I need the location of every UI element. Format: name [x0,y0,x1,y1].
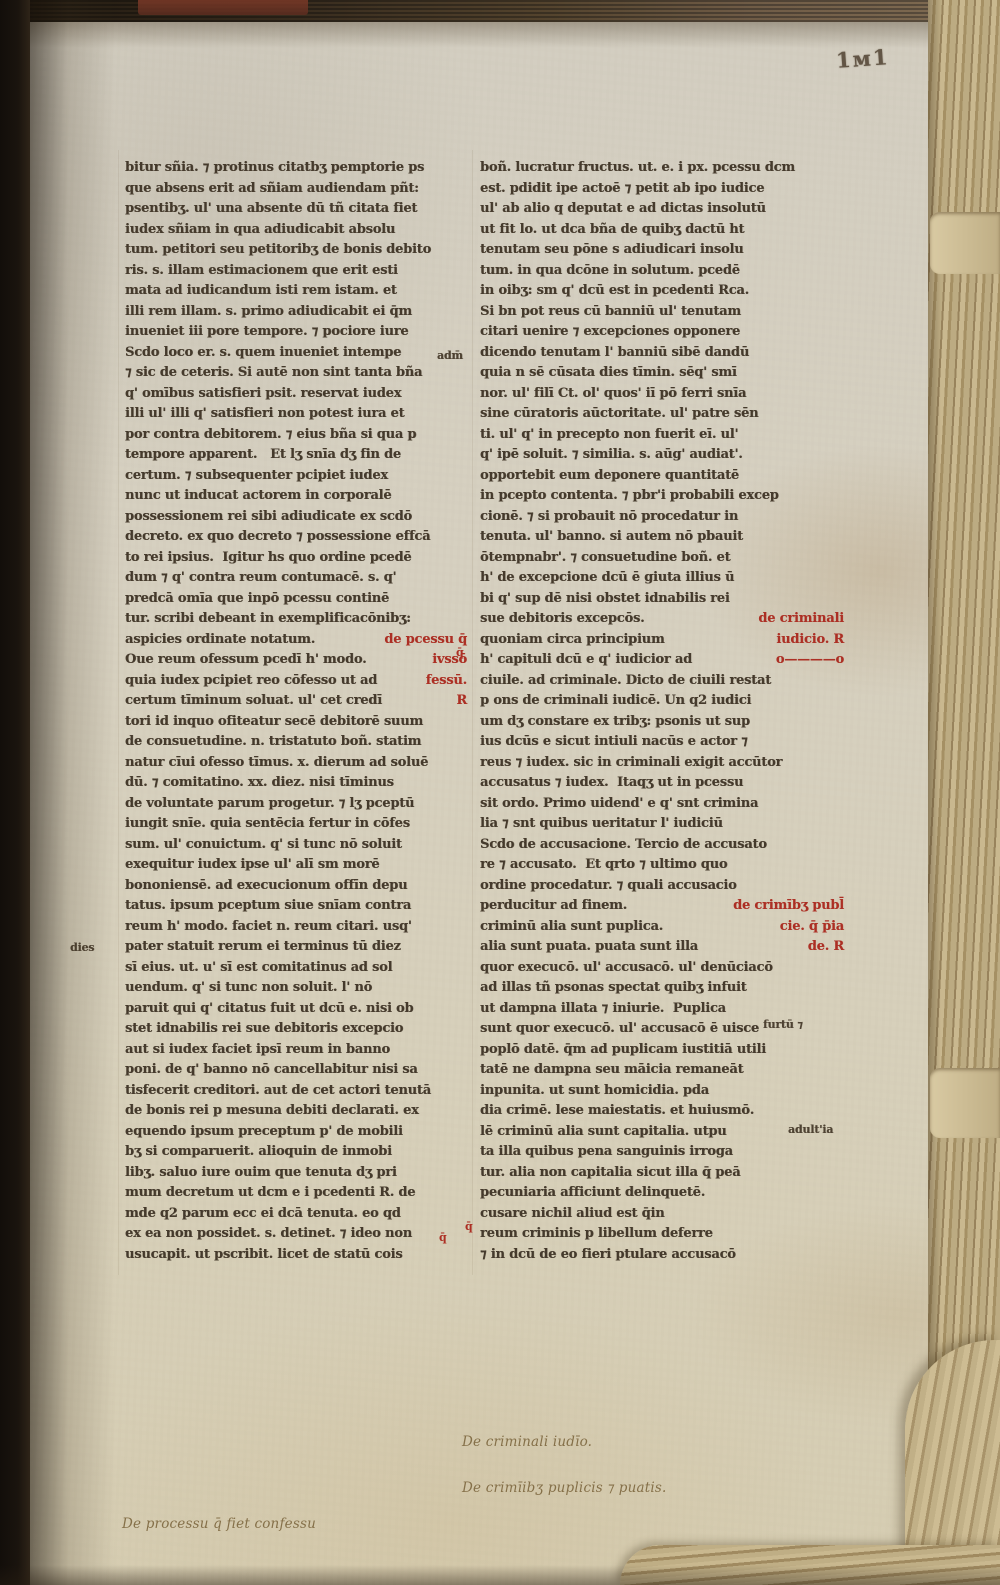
body-text: quor execucō. ul' accusacō. ul' denūciac… [480,958,773,979]
text-line: bʒ si comparuerit. alioquin de inmobi [125,1142,467,1163]
body-text: ⁊ sic de ceteris. Si autē non sint tanta… [125,363,422,384]
binding-gutter [0,0,30,1585]
body-text: tenuta. ul' banno. si autem nō pbauit [480,527,743,548]
body-text: h' capituli dcū e q' iudicior ad [480,650,696,671]
body-text: citari uenire ⁊ excepciones opponere [480,322,740,343]
text-line: certum. ⁊ subsequenter pcipiet iudex [125,466,467,487]
body-text: sine cūratoris aūctoritate. ul' patre sē… [480,404,758,425]
text-line: sum. ul' conuictum. q' si tunc nō soluit [125,835,467,856]
text-line: de voluntate parum progetur. ⁊ lʒ pceptū [125,794,467,815]
text-line: quoniam circa principium iudicio. R [480,630,844,651]
body-text: cusare nichil aliud est q̄in [480,1204,664,1225]
body-text: de consuetudine. n. tristatuto boñ. stat… [125,732,421,753]
text-line: ut dampna illata ⁊ iniurie. Puplica [480,999,844,1020]
body-text: dia crimē. lese maiestatis. et huiusmō. [480,1101,754,1122]
rubric-text: de. R [808,937,844,958]
body-text: decreto. ex quo decreto ⁊ possessione ef… [125,527,430,548]
text-line: reum criminis p libellum deferre [480,1224,844,1245]
body-text: pecuniaria afficiunt delinquetē. [480,1183,705,1204]
text-line: certum tīminum soluat. ul' cet credī R [125,691,467,712]
body-text: bʒ si comparuerit. alioquin de inmobi [125,1142,392,1163]
text-line: nunc ut inducat actorem in corporalē [125,486,467,507]
body-text: alia sunt puata. puata sunt illa [480,937,702,958]
body-text: reus ⁊ iudex. sic in criminali exigit ac… [480,753,782,774]
text-line: que absens erit ad sñiam audiendam pñt: [125,179,467,200]
body-text: illi rem illam. s. primo adiudicabit ei … [125,302,412,323]
text-line: iungit snīe. quia sentēcia fertur in cōf… [125,814,467,835]
bottom-annotation: De crimīibʒ puplicis ⁊ puatis. [462,1480,667,1496]
text-line: de bonis rei p mesuna debiti declarati. … [125,1101,467,1122]
body-text: ius dcūs e sicut intiuli nacūs e actor ⁊ [480,732,748,753]
body-text: p ons de criminali iudicē. Un q2 iudici [480,691,751,712]
text-line: ta illa quibus pena sanguinis irroga [480,1142,844,1163]
body-text: exequitur iudex ipse ul' alī sm morē [125,855,379,876]
paragraph-mark: q̄ [456,646,464,659]
text-line: cionē. ⁊ si probauit nō procedatur in [480,507,844,528]
body-text: inpunita. ut sunt homicidia. pda [480,1081,709,1102]
text-line: ris. s. illam estimacionem que erit esti [125,261,467,282]
text-line: tenuta. ul' banno. si autem nō pbauit [480,527,844,548]
body-text: mata ad iudicandum isti rem istam. et [125,281,397,302]
body-text: criminū alia sunt puplica. [480,917,667,938]
body-text: pater statuit rerum ei terminus tū diez [125,937,401,958]
body-text: quoniam circa principium [480,630,669,651]
body-text: equendo ipsum preceptum p' de mobili [125,1122,403,1143]
rubric-text: de criminali [758,609,844,630]
text-line: to rei ipsius. Igitur hs quo ordine pced… [125,548,467,569]
body-text: stet idnabilis rei sue debitoris excepci… [125,1019,403,1040]
text-line: tori id inquo ofiteatur secē debitorē su… [125,712,467,733]
body-text: certum tīminum soluat. ul' cet credī [125,691,386,712]
binding-top-label [138,0,308,15]
bottom-annotation: De criminali iudīo. [462,1434,592,1450]
text-line: tur. alia non capitalia sicut illa q̄ pe… [480,1163,844,1184]
text-line: quor execucō. ul' accusacō. ul' denūciac… [480,958,844,979]
text-line: dum ⁊ q' contra reum contumacē. s. q' [125,568,467,589]
text-line: libʒ. saluo iure ouim que tenuta dʒ pri [125,1163,467,1184]
body-text: certum. ⁊ subsequenter pcipiet iudex [125,466,388,487]
text-line: tum. petitori seu petitoribʒ de bonis de… [125,240,467,261]
text-line: ⁊ sic de ceteris. Si autē non sint tanta… [125,363,467,384]
bottom-shadow [0,1565,1000,1585]
text-line: iudex sñiam in qua adiudicabit absolu [125,220,467,241]
margin-note: adm̄ [437,349,463,362]
body-text: Scdo de accusacione. Tercio de accusato [480,835,767,856]
body-text: cionē. ⁊ si probauit nō procedatur in [480,507,738,528]
text-line: predcā omīa que inpō pcessu continē [125,589,467,610]
text-line: est. pdidit ipe actoē ⁊ petit ab ipo iud… [480,179,844,200]
text-line: alia sunt puata. puata sunt illa de. R [480,937,844,958]
body-text: to rei ipsius. Igitur hs quo ordine pced… [125,548,411,569]
text-line: h' de excepcione dcū ē giuta illius ū [480,568,844,589]
text-line: quia n sē cūsata dies tīmin. sēq' smī [480,363,844,384]
text-line: nor. ul' filī Ct. ol' quos' iī pō ferri … [480,384,844,405]
text-line: q' ipē soluit. ⁊ similia. s. aūg' audiat… [480,445,844,466]
body-text: ut fit lo. ut dca bña de quibʒ dactū ht [480,220,744,241]
body-text: libʒ. saluo iure ouim que tenuta dʒ pri [125,1163,397,1184]
body-text: tori id inquo ofiteatur secē debitorē su… [125,712,423,733]
body-text: Scdo loco er. s. quem inueniet intempe [125,343,401,364]
text-line: reus ⁊ iudex. sic in criminali exigit ac… [480,753,844,774]
body-text: mum decretum ut dcm e i pcedenti R. de [125,1183,415,1204]
text-line: Scdo de accusacione. Tercio de accusato [480,835,844,856]
body-text: de voluntate parum progetur. ⁊ lʒ pceptū [125,794,414,815]
text-line: ordine procedatur. ⁊ quali accusacio [480,876,844,897]
body-text: Si bn pot reus cū banniū ul' tenutam [480,302,741,323]
top-shadow [0,22,1000,48]
text-line: exequitur iudex ipse ul' alī sm morē [125,855,467,876]
text-line: tur. scribi debeant in exemplificacōnibʒ… [125,609,467,630]
page-stack-tab-upper [930,212,1000,274]
body-text: predcā omīa que inpō pcessu continē [125,589,389,610]
text-line: accusatus ⁊ iudex. Itaqʒ ut in pcessu [480,773,844,794]
page-stack-tab-lower [930,1068,1000,1138]
text-line: por contra debitorem. ⁊ eius bña si qua … [125,425,467,446]
body-text: tatē ne dampna seu māicia remaneāt [480,1060,743,1081]
text-line: quia iudex pcipiet reo cōfesso ut ad fes… [125,671,467,692]
text-line: paruit qui q' citatus fuit ut dcū e. nis… [125,999,467,1020]
manuscript-page: 1ᴍ1 bitur sñia. ⁊ protinus citatbʒ pempt… [0,0,1000,1585]
body-text: um dʒ constare ex tribʒ: psonis ut sup [480,712,750,733]
text-line: sine cūratoris aūctoritate. ul' patre sē… [480,404,844,425]
body-text: reum criminis p libellum deferre [480,1224,713,1245]
text-line: psentibʒ. ul' una absente dū tñ citata f… [125,199,467,220]
text-line: Si bn pot reus cū banniū ul' tenutam [480,302,844,323]
body-text: possessionem rei sibi adiudicate ex scdō [125,507,412,528]
text-line: ul' ab alio q deputat e ad dictas insolu… [480,199,844,220]
body-text: tum. in qua dcōne in solutum. pcedē [480,261,740,282]
text-line: tatus. ipsum pceptum siue snīam contra [125,896,467,917]
body-text: iudex sñiam in qua adiudicabit absolu [125,220,395,241]
text-line: sit ordo. Primo uidend' e q' snt crimina [480,794,844,815]
body-text: quia n sē cūsata dies tīmin. sēq' smī [480,363,737,384]
text-line: q' omībus satisfieri psit. reservat iude… [125,384,467,405]
margin-note: adult'ia [788,1123,833,1136]
body-text: opportebit eum deponere quantitatē [480,466,739,487]
body-text: tur. alia non capitalia sicut illa q̄ pe… [480,1163,740,1184]
body-text: nor. ul' filī Ct. ol' quos' iī pō ferri … [480,384,746,405]
text-line: p ons de criminali iudicē. Un q2 iudici [480,691,844,712]
body-text: nunc ut inducat actorem in corporalē [125,486,391,507]
body-text: que absens erit ad sñiam audiendam pñt: [125,179,419,200]
body-text: boñ. lucratur fructus. ut. e. i px. pces… [480,158,795,179]
text-line: tisfecerit creditori. aut de cet actori … [125,1081,467,1102]
text-line: natur cīui ofesso tīmus. x. dierum ad so… [125,753,467,774]
body-text: tisfecerit creditori. aut de cet actori … [125,1081,431,1102]
text-line: ad illas tñ psonas spectat quibʒ infuit [480,978,844,999]
text-line: aut si iudex faciet ipsī reum in banno [125,1040,467,1061]
text-line: Scdo loco er. s. quem inueniet intempe [125,343,467,364]
text-line: decreto. ex quo decreto ⁊ possessione ef… [125,527,467,548]
bottom-annotation: De processu q̄ fiet confessu [122,1516,316,1532]
text-line: um dʒ constare ex tribʒ: psonis ut sup [480,712,844,733]
body-text: ta illa quibus pena sanguinis irroga [480,1142,733,1163]
body-text: reum h' modo. faciet n. reum citari. usq… [125,917,412,938]
body-text: dū. ⁊ comitatino. xx. diez. nisi tīminus [125,773,394,794]
text-line: bitur sñia. ⁊ protinus citatbʒ pemptorie… [125,158,467,179]
body-text: por contra debitorem. ⁊ eius bña si qua … [125,425,416,446]
text-line: tempore apparent. Et lʒ snīa dʒ fin de [125,445,467,466]
body-text: illi ul' illi q' satisfieri non potest i… [125,404,404,425]
body-text: in pcepto contenta. ⁊ pbr'i probabili ex… [480,486,779,507]
body-text: bitur sñia. ⁊ protinus citatbʒ pemptorie… [125,158,424,179]
body-text: sue debitoris excepcōs. [480,609,649,630]
text-line: poni. de q' banno nō cancellabitur nisi … [125,1060,467,1081]
text-line: sue debitoris excepcōs. de criminali [480,609,844,630]
body-text: tatus. ipsum pceptum siue snīam contra [125,896,411,917]
body-text: mde q2 parum ecc ei dcā tenuta. eo qd [125,1204,401,1225]
text-line: Oue reum ofessum pcedī h' modo. ivssō [125,650,467,671]
text-line: ōtempnabr'. ⁊ consuetudine boñ. et [480,548,844,569]
body-text: ti. ul' q' in precepto non fuerit eī. ul… [480,425,738,446]
rubric-text: iudicio. R [776,630,844,651]
body-text: tempore apparent. Et lʒ snīa dʒ fin de [125,445,401,466]
text-column-right: boñ. lucratur fructus. ut. e. i px. pces… [480,158,844,1265]
body-text: iungit snīe. quia sentēcia fertur in cōf… [125,814,410,835]
folio-number: 1ᴍ1 [835,44,890,73]
body-text: lē criminū alia sunt capitalia. utpu [480,1122,727,1143]
body-text: usucapit. ut pscribit. licet de statū co… [125,1245,402,1266]
body-text: ad illas tñ psonas spectat quibʒ infuit [480,978,747,999]
text-line: ex ea non possidet. s. detinet. ⁊ ideo n… [125,1224,467,1245]
body-text: in oibʒ: sm q' dcū est in pcedenti Rca. [480,281,749,302]
body-text: sunt quor execucō. ul' accusacō ē uisce [480,1019,759,1040]
text-line: usucapit. ut pscribit. licet de statū co… [125,1245,467,1266]
text-line: citari uenire ⁊ excepciones opponere [480,322,844,343]
body-text: lia ⁊ snt quibus ueritatur l' iudiciū [480,814,723,835]
text-line: possessionem rei sibi adiudicate ex scdō [125,507,467,528]
body-text: bononiensē. ad execucionum offīn depu [125,876,407,897]
text-line: mata ad iudicandum isti rem istam. et [125,281,467,302]
body-text: sum. ul' conuictum. q' si tunc nō soluit [125,835,402,856]
body-text: bi q' sup dē nisi obstet idnabilis rei [480,589,730,610]
text-line: re ⁊ accusato. Et qrto ⁊ ultimo quo [480,855,844,876]
text-line: aspicies ordinate notatum. de pcessu q̄ [125,630,467,651]
body-text: de bonis rei p mesuna debiti declarati. … [125,1101,419,1122]
text-line: in pcepto contenta. ⁊ pbr'i probabili ex… [480,486,844,507]
paragraph-mark: q̄ [439,1231,447,1244]
text-line: cusare nichil aliud est q̄in [480,1204,844,1225]
gutter-shadow [30,0,115,1585]
text-line: h' capituli dcū e q' iudicior ad o————o [480,650,844,671]
text-line: inueniet iii pore tempore. ⁊ pociore iur… [125,322,467,343]
text-line: stet idnabilis rei sue debitoris excepci… [125,1019,467,1040]
text-line: de consuetudine. n. tristatuto boñ. stat… [125,732,467,753]
text-line: opportebit eum deponere quantitatē [480,466,844,487]
body-text: ex ea non possidet. s. detinet. ⁊ ideo n… [125,1224,412,1245]
paragraph-mark: q̄ [465,1220,473,1233]
ruling-line-center [472,150,473,1275]
body-text: quia iudex pcipiet reo cōfesso ut ad [125,671,381,692]
rubric-text: o————o [776,650,844,671]
text-line: poplō datē. q̄m ad puplicam iustitiā uti… [480,1040,844,1061]
body-text: psentibʒ. ul' una absente dū tñ citata f… [125,199,417,220]
text-line: criminū alia sunt puplica. cie. q̄ p̄ia [480,917,844,938]
text-column-left: bitur sñia. ⁊ protinus citatbʒ pemptorie… [125,158,467,1265]
body-text: natur cīui ofesso tīmus. x. dierum ad so… [125,753,428,774]
body-text: Oue reum ofessum pcedī h' modo. [125,650,371,671]
body-text: inueniet iii pore tempore. ⁊ pociore iur… [125,322,408,343]
text-line: equendo ipsum preceptum p' de mobili [125,1122,467,1143]
text-line: ius dcūs e sicut intiuli nacūs e actor ⁊ [480,732,844,753]
body-text: ris. s. illam estimacionem que erit esti [125,261,398,282]
text-line: reum h' modo. faciet n. reum citari. usq… [125,917,467,938]
body-text: q' omībus satisfieri psit. reservat iude… [125,384,401,405]
text-line: tatē ne dampna seu māicia remaneāt [480,1060,844,1081]
text-line: bi q' sup dē nisi obstet idnabilis rei [480,589,844,610]
text-line: dia crimē. lese maiestatis. et huiusmō. [480,1101,844,1122]
body-text: tenutam seu pōne s adiudicari insolu [480,240,743,261]
body-text: est. pdidit ipe actoē ⁊ petit ab ipo iud… [480,179,764,200]
body-text: poni. de q' banno nō cancellabitur nisi … [125,1060,418,1081]
text-line: pater statuit rerum ei terminus tū diez [125,937,467,958]
body-text: poplō datē. q̄m ad puplicam iustitiā uti… [480,1040,766,1061]
text-line: pecuniaria afficiunt delinquetē. [480,1183,844,1204]
text-line: uendum. q' si tunc non soluit. l' nō [125,978,467,999]
rubric-text: cie. q̄ p̄ia [780,917,844,938]
body-text: aut si iudex faciet ipsī reum in banno [125,1040,390,1061]
body-text: uendum. q' si tunc non soluit. l' nō [125,978,372,999]
body-text: h' de excepcione dcū ē giuta illius ū [480,568,734,589]
body-text: tum. petitori seu petitoribʒ de bonis de… [125,240,431,261]
body-text: ⁊ in dcū de eo fieri ptulare accusacō [480,1245,736,1266]
text-line: bononiensē. ad execucionum offīn depu [125,876,467,897]
body-text: paruit qui q' citatus fuit ut dcū e. nis… [125,999,413,1020]
text-line: boñ. lucratur fructus. ut. e. i px. pces… [480,158,844,179]
text-line: dicendo tenutam l' banniū sibē dandū [480,343,844,364]
text-line: ut fit lo. ut dca bña de quibʒ dactū ht [480,220,844,241]
text-line: in oibʒ: sm q' dcū est in pcedenti Rca. [480,281,844,302]
body-text: perducitur ad finem. [480,896,631,917]
text-line: mde q2 parum ecc ei dcā tenuta. eo qd [125,1204,467,1225]
rubric-text: de crimībʒ publ̄ [733,896,844,917]
text-line: tenutam seu pōne s adiudicari insolu [480,240,844,261]
text-line: ciuile. ad criminale. Dicto de ciuili re… [480,671,844,692]
body-text: dicendo tenutam l' banniū sibē dandū [480,343,749,364]
body-text: ut dampna illata ⁊ iniurie. Puplica [480,999,726,1020]
body-text: tur. scribi debeant in exemplificacōnibʒ… [125,609,411,630]
body-text: dum ⁊ q' contra reum contumacē. s. q' [125,568,396,589]
body-text: sit ordo. Primo uidend' e q' snt crimina [480,794,758,815]
body-text: ciuile. ad criminale. Dicto de ciuili re… [480,671,771,692]
body-text: q' ipē soluit. ⁊ similia. s. aūg' audiat… [480,445,743,466]
body-text: ōtempnabr'. ⁊ consuetudine boñ. et [480,548,730,569]
text-line: dū. ⁊ comitatino. xx. diez. nisi tīminus [125,773,467,794]
text-line: illi ul' illi q' satisfieri non potest i… [125,404,467,425]
body-text: accusatus ⁊ iudex. Itaqʒ ut in pcessu [480,773,743,794]
rubric-text: R [456,691,467,712]
text-line: perducitur ad finem. de crimībʒ publ̄ [480,896,844,917]
text-line: lia ⁊ snt quibus ueritatur l' iudiciū [480,814,844,835]
body-text: ordine procedatur. ⁊ quali accusacio [480,876,737,897]
text-line: sī eius. ut. u' sī est comitatinus ad so… [125,958,467,979]
body-text: sī eius. ut. u' sī est comitatinus ad so… [125,958,392,979]
body-text: ul' ab alio q deputat e ad dictas insolu… [480,199,766,220]
text-line: ⁊ in dcū de eo fieri ptulare accusacō [480,1245,844,1266]
text-line: mum decretum ut dcm e i pcedenti R. de [125,1183,467,1204]
rubric-text: de pcessu q̄ [384,630,467,651]
text-line: illi rem illam. s. primo adiudicabit ei … [125,302,467,323]
text-line: ti. ul' q' in precepto non fuerit eī. ul… [480,425,844,446]
margin-note: furtū ⁊ [763,1018,803,1031]
text-line: inpunita. ut sunt homicidia. pda [480,1081,844,1102]
ruling-line-left [118,150,119,1275]
text-line: tum. in qua dcōne in solutum. pcedē [480,261,844,282]
body-text: aspicies ordinate notatum. [125,630,319,651]
rubric-text: fessū. [426,671,467,692]
body-text: re ⁊ accusato. Et qrto ⁊ ultimo quo [480,855,727,876]
